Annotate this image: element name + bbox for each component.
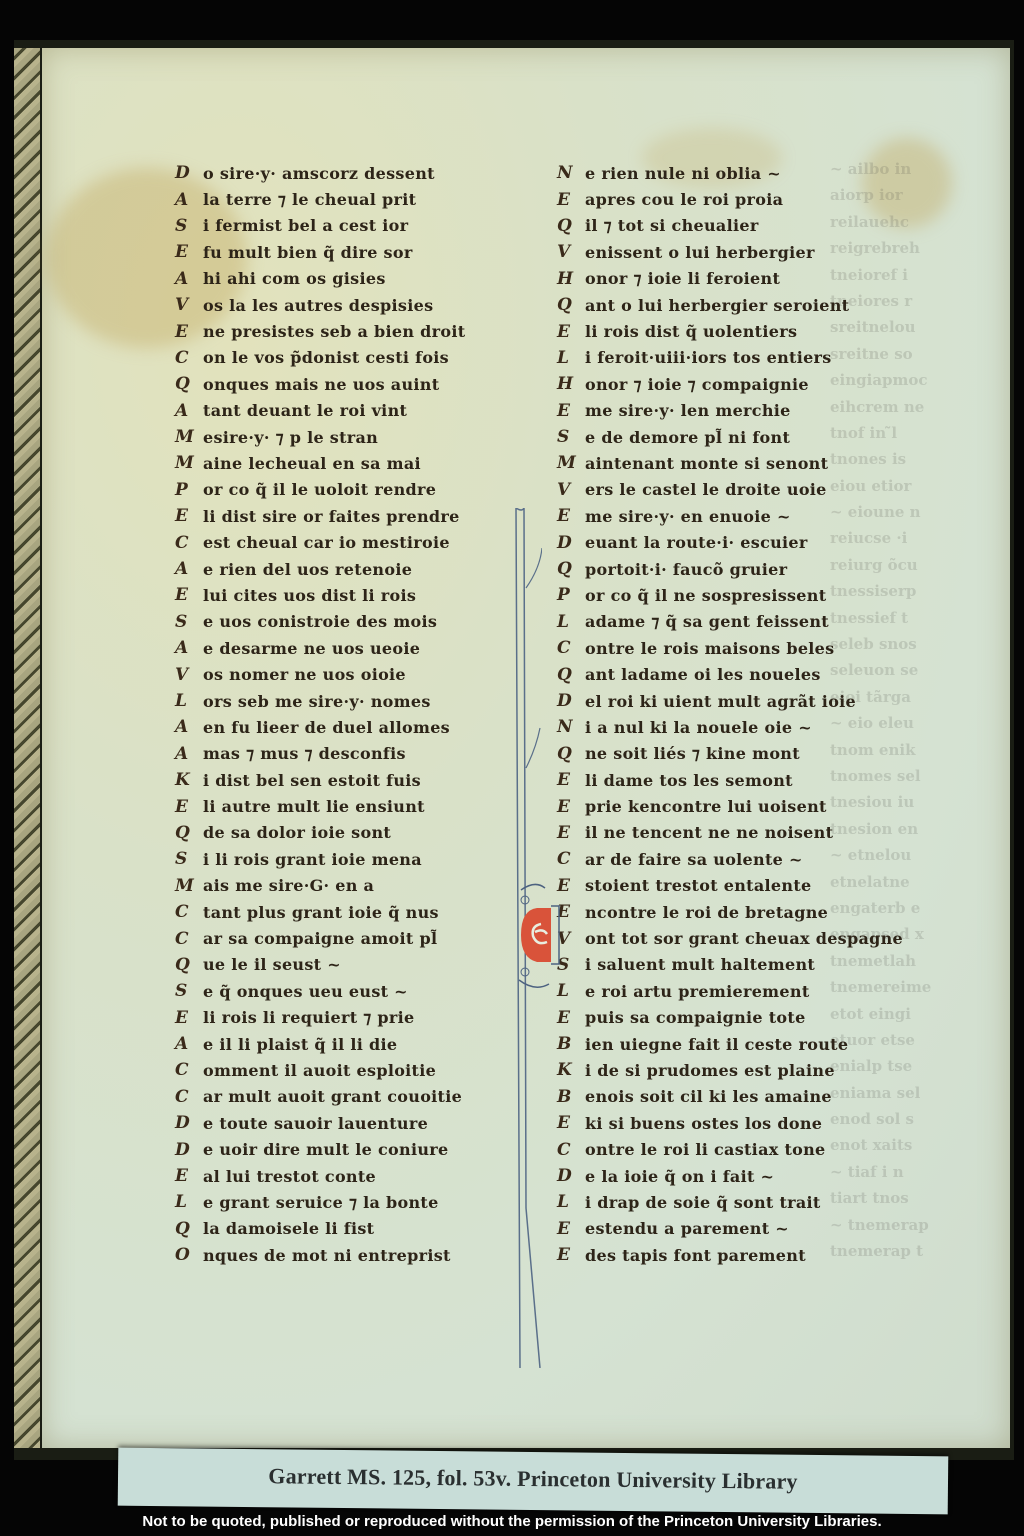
manuscript-line: Ki dist bel sen estoit fuis (175, 767, 465, 793)
line-initial: D (175, 1140, 203, 1160)
line-initial: E (557, 322, 585, 342)
manuscript-line: Vos nomer ne uos oioie (175, 661, 465, 687)
manuscript-line: Eme sire·y· en enuoie ~ (557, 503, 903, 529)
manuscript-line: Benois soit cil ki les amaine (557, 1084, 903, 1110)
manuscript-line: Se uos conistroie des mois (175, 609, 465, 635)
line-text: e roi artu premierement (585, 982, 810, 1001)
line-initial: A (175, 1034, 203, 1054)
line-text: mas ⁊ mus ⁊ desconfis (203, 744, 406, 763)
line-initial: C (557, 638, 585, 658)
line-initial: C (175, 1087, 203, 1107)
line-text: os nomer ne uos oioie (203, 665, 406, 684)
line-text: ar mult auoit grant couoitie (203, 1087, 462, 1106)
line-text: onor ⁊ ioie ⁊ compaignie (585, 375, 809, 394)
line-text: enois soit cil ki les amaine (585, 1087, 832, 1106)
line-text: ais me sire·G· en a (203, 876, 374, 895)
line-text: o sire·y· amscorz dessent (203, 164, 435, 183)
line-text: ors seb me sire·y· nomes (203, 692, 431, 711)
manuscript-line: Por co q̃ il le uoloit rendre (175, 477, 465, 503)
line-text: me sire·y· len merchie (585, 401, 791, 420)
line-text: ne soit liés ⁊ kine mont (585, 744, 800, 763)
line-text: me sire·y· en enuoie ~ (585, 507, 791, 526)
line-text: i dist bel sen estoit fuis (203, 771, 421, 790)
manuscript-line: Qla damoisele li fist (175, 1216, 465, 1242)
manuscript-line: Venissent o lui herbergier (557, 239, 903, 265)
line-initial: K (557, 1060, 585, 1080)
line-text: ncontre le roi de bretagne (585, 903, 828, 922)
line-initial: N (557, 717, 585, 737)
line-initial: H (557, 269, 585, 289)
manuscript-line: Le roi artu premierement (557, 978, 903, 1004)
line-text: la damoisele li fist (203, 1219, 374, 1238)
manuscript-line: Qant o lui herbergier seroient (557, 292, 903, 318)
manuscript-line: Car sa compaigne amoit pl̃ (175, 925, 465, 951)
line-text: e grant seruice ⁊ la bonte (203, 1193, 439, 1212)
catalog-label: Garrett MS. 125, fol. 53v. Princeton Uni… (118, 1448, 949, 1515)
manuscript-line: Eli rois dist q̃ uolentiers (557, 318, 903, 344)
line-initial: Q (557, 559, 585, 579)
line-text: omment il auoit esploitie (203, 1061, 436, 1080)
catalog-caption: Garrett MS. 125, fol. 53v. Princeton Uni… (118, 1462, 948, 1497)
line-initial: E (557, 770, 585, 790)
line-initial: E (557, 823, 585, 843)
line-text: e il li plaist q̃ il li die (203, 1035, 397, 1054)
line-initial: E (557, 1113, 585, 1133)
line-initial: V (557, 480, 585, 500)
line-initial: E (557, 1245, 585, 1265)
manuscript-line: Eprie kencontre lui uoisent (557, 793, 903, 819)
manuscript-line: Bien uiegne fait il ceste route (557, 1031, 903, 1057)
line-text: e la ioie q̃ on i fait ~ (585, 1167, 774, 1186)
line-text: ontre le rois maisons beles (585, 639, 834, 658)
line-initial: V (175, 295, 203, 315)
manuscript-line: Contre le rois maisons beles (557, 635, 903, 661)
manuscript-line: Edes tapis font parement (557, 1242, 903, 1268)
line-text: esire·y· ⁊ p le stran (203, 428, 378, 447)
line-initial: O (175, 1245, 203, 1265)
line-text: ar de faire sa uolente ~ (585, 850, 803, 869)
manuscript-line: Elui cites uos dist li rois (175, 582, 465, 608)
line-initial: L (175, 691, 203, 711)
line-text: il ⁊ tot si cheualier (585, 216, 759, 235)
line-initial: C (175, 902, 203, 922)
line-initial: K (175, 770, 203, 790)
line-initial: S (175, 849, 203, 869)
manuscript-line: Eki si buens ostes los done (557, 1110, 903, 1136)
line-text: aine lecheual en sa mai (203, 454, 421, 473)
line-initial: E (175, 797, 203, 817)
line-text: adame ⁊ q̃ sa gent feissent (585, 612, 829, 631)
line-initial: D (557, 533, 585, 553)
line-initial: H (557, 374, 585, 394)
line-text: tant deuant le roi vint (203, 401, 407, 420)
right-text-column: Ne rien nule ni oblia ~Eapres cou le roi… (557, 160, 903, 1268)
line-text: e rien del uos retenoie (203, 560, 412, 579)
manuscript-line: Qportoit·i· faucõ gruier (557, 556, 903, 582)
line-initial: S (175, 612, 203, 632)
manuscript-line: Eil ne tencent ne ne noisent (557, 820, 903, 846)
manuscript-line: Atant deuant le roi vint (175, 398, 465, 424)
line-initial: S (175, 216, 203, 236)
manuscript-line: Eli rois li requiert ⁊ prie (175, 1005, 465, 1031)
line-initial: E (175, 322, 203, 342)
manuscript-line: Ni a nul ki la nouele oie ~ (557, 714, 903, 740)
line-text: nques de mot ni entreprist (203, 1246, 451, 1265)
line-initial: N (557, 163, 585, 183)
manuscript-line: Cest cheual car io mestiroie (175, 529, 465, 555)
line-initial: M (175, 876, 203, 896)
manuscript-line: Le grant seruice ⁊ la bonte (175, 1189, 465, 1215)
manuscript-line: Comment il auoit esploitie (175, 1057, 465, 1083)
line-text: ers le castel le droite uoie (585, 480, 827, 499)
line-text: al lui trestot conte (203, 1167, 376, 1186)
line-initial: E (557, 1219, 585, 1239)
manuscript-line: Ne rien nule ni oblia ~ (557, 160, 903, 186)
line-text: aintenant monte si senont (585, 454, 828, 473)
line-initial: L (557, 1192, 585, 1212)
line-initial: B (557, 1034, 585, 1054)
line-text: i drap de soie q̃ sont trait (585, 1193, 821, 1212)
line-initial: E (175, 1166, 203, 1186)
line-text: i fermist bel a cest ior (203, 216, 408, 235)
line-text: e toute sauoir lauenture (203, 1114, 428, 1133)
manuscript-line: Se de demore pl̃ ni font (557, 424, 903, 450)
line-text: e uos conistroie des mois (203, 612, 437, 631)
line-initial: E (557, 1008, 585, 1028)
line-initial: C (175, 929, 203, 949)
manuscript-line: Si fermist bel a cest ior (175, 213, 465, 239)
line-initial: P (175, 480, 203, 500)
line-text: hi ahi com os gisies (203, 269, 386, 288)
line-initial: C (557, 849, 585, 869)
line-text: euant la route·i· escuier (585, 533, 808, 552)
manuscript-line: Li drap de soie q̃ sont trait (557, 1189, 903, 1215)
line-initial: E (557, 506, 585, 526)
line-initial: M (175, 453, 203, 473)
line-initial: C (175, 348, 203, 368)
manuscript-line: Maintenant monte si senont (557, 450, 903, 476)
manuscript-line: Vers le castel le droite uoie (557, 477, 903, 503)
manuscript-line: Qant ladame oi les noueles (557, 661, 903, 687)
manuscript-line: Ala terre ⁊ le cheual prit (175, 186, 465, 212)
manuscript-line: Qde sa dolor ioie sont (175, 820, 465, 846)
line-text: stoient trestot entalente (585, 876, 811, 895)
manuscript-line: Si saluent mult haltement (557, 952, 903, 978)
line-text: or co q̃ il ne sospresissent (585, 586, 826, 605)
line-text: el roi ki uient mult agrãt ioie (585, 692, 856, 711)
line-text: i feroit·uiii·iors tos entiers (585, 348, 832, 367)
line-text: ar sa compaigne amoit pl̃ (203, 929, 437, 948)
line-text: la terre ⁊ le cheual prit (203, 190, 416, 209)
line-text: ont tot sor grant cheuax despagne (585, 929, 903, 948)
line-text: on le vos p̃donist cesti fois (203, 348, 449, 367)
manuscript-line: Qne soit liés ⁊ kine mont (557, 741, 903, 767)
line-text: i de si prudomes est plaine (585, 1061, 835, 1080)
manuscript-line: Que le il seust ~ (175, 952, 465, 978)
line-text: est cheual car io mestiroie (203, 533, 450, 552)
line-text: or co q̃ il le uoloit rendre (203, 480, 436, 499)
line-initial: Q (557, 665, 585, 685)
decorated-initial-e (515, 880, 563, 992)
line-text: portoit·i· faucõ gruier (585, 560, 787, 579)
line-text: enissent o lui herbergier (585, 243, 815, 262)
line-text: ontre le roi li castiax tone (585, 1140, 826, 1159)
line-initial: S (175, 981, 203, 1001)
line-text: e desarme ne uos ueoie (203, 639, 420, 658)
line-initial: D (175, 163, 203, 183)
line-text: li autre mult lie ensiunt (203, 797, 425, 816)
line-initial: E (175, 242, 203, 262)
line-text: li rois li requiert ⁊ prie (203, 1008, 415, 1027)
line-initial: E (175, 1008, 203, 1028)
manuscript-line: Ladame ⁊ q̃ sa gent feissent (557, 609, 903, 635)
line-text: ne presistes seb a bien droit (203, 322, 465, 341)
line-text: ant ladame oi les noueles (585, 665, 821, 684)
manuscript-line: Si li rois grant ioie mena (175, 846, 465, 872)
line-initial: Q (175, 955, 203, 975)
line-text: i saluent mult haltement (585, 955, 815, 974)
manuscript-line: Aen fu lieer de duel allomes (175, 714, 465, 740)
manuscript-line: Eme sire·y· len merchie (557, 398, 903, 424)
line-initial: E (175, 506, 203, 526)
line-initial: E (557, 401, 585, 421)
line-initial: E (557, 797, 585, 817)
line-text: en fu lieer de duel allomes (203, 718, 450, 737)
line-initial: Q (175, 1219, 203, 1239)
line-text: fu mult bien q̃ dire sor (203, 243, 413, 262)
manuscript-line: Mais me sire·G· en a (175, 873, 465, 899)
manuscript-line: Amas ⁊ mus ⁊ desconfis (175, 741, 465, 767)
line-text: i a nul ki la nouele oie ~ (585, 718, 812, 737)
line-text: de sa dolor ioie sont (203, 823, 391, 842)
manuscript-line: De la ioie q̃ on i fait ~ (557, 1163, 903, 1189)
manuscript-line: Lors seb me sire·y· nomes (175, 688, 465, 714)
line-initial: C (557, 1140, 585, 1160)
manuscript-line: Maine lecheual en sa mai (175, 450, 465, 476)
manuscript-line: Do sire·y· amscorz dessent (175, 160, 465, 186)
line-initial: A (175, 744, 203, 764)
line-text: ue le il seust ~ (203, 955, 341, 974)
copyright-notice: Not to be quoted, published or reproduce… (0, 1513, 1024, 1530)
line-text: apres cou le roi proia (585, 190, 783, 209)
manuscript-line: Eli dist sire or faites prendre (175, 503, 465, 529)
manuscript-line: Mesire·y· ⁊ p le stran (175, 424, 465, 450)
manuscript-line: Honor ⁊ ioie ⁊ compaignie (557, 371, 903, 397)
line-initial: Q (557, 295, 585, 315)
line-initial: Q (175, 823, 203, 843)
manuscript-line: Car mult auoit grant couoitie (175, 1084, 465, 1110)
line-text: li dist sire or faites prendre (203, 507, 460, 526)
manuscript-line: Ahi ahi com os gisies (175, 266, 465, 292)
line-initial: M (557, 453, 585, 473)
line-initial: E (557, 190, 585, 210)
manuscript-line: Ae rien del uos retenoie (175, 556, 465, 582)
manuscript-line: Epuis sa compaignie tote (557, 1005, 903, 1031)
line-text: ki si buens ostes los done (585, 1114, 822, 1133)
line-text: tant plus grant ioie q̃ nus (203, 903, 439, 922)
line-text: prie kencontre lui uoisent (585, 797, 827, 816)
line-text: e uoir dire mult le coniure (203, 1140, 448, 1159)
line-initial: E (175, 585, 203, 605)
line-initial: L (175, 1192, 203, 1212)
line-initial: C (175, 533, 203, 553)
manuscript-line: Del roi ki uient mult agrãt ioie (557, 688, 903, 714)
line-initial: D (175, 1113, 203, 1133)
line-initial: A (175, 638, 203, 658)
line-initial: P (557, 585, 585, 605)
manuscript-line: Eapres cou le roi proia (557, 186, 903, 212)
manuscript-line: Encontre le roi de bretagne (557, 899, 903, 925)
manuscript-line: Qonques mais ne uos auint (175, 371, 465, 397)
line-initial: Q (557, 216, 585, 236)
left-text-column: Do sire·y· amscorz dessentAla terre ⁊ le… (175, 160, 465, 1268)
line-text: onor ⁊ ioie li feroient (585, 269, 780, 288)
line-text: i li rois grant ioie mena (203, 850, 422, 869)
manuscript-line: Deuant la route·i· escuier (557, 529, 903, 555)
line-initial: V (557, 242, 585, 262)
line-initial: V (175, 665, 203, 685)
manuscript-line: Onques de mot ni entreprist (175, 1242, 465, 1268)
manuscript-line: Contre le roi li castiax tone (557, 1136, 903, 1162)
manuscript-line: Qil ⁊ tot si cheualier (557, 213, 903, 239)
line-initial: M (175, 427, 203, 447)
manuscript-line: Eal lui trestot conte (175, 1163, 465, 1189)
manuscript-line: Vont tot sor grant cheuax despagne (557, 925, 903, 951)
line-text: estendu a parement ~ (585, 1219, 789, 1238)
line-initial: A (175, 559, 203, 579)
line-initial: A (175, 269, 203, 289)
line-initial: A (175, 717, 203, 737)
manuscript-line: Eli autre mult lie ensiunt (175, 793, 465, 819)
line-initial: D (557, 691, 585, 711)
line-initial: A (175, 190, 203, 210)
manuscript-line: Ae desarme ne uos ueoie (175, 635, 465, 661)
manuscript-line: Ae il li plaist q̃ il li die (175, 1031, 465, 1057)
manuscript-line: Car de faire sa uolente ~ (557, 846, 903, 872)
book-spine (14, 48, 40, 1448)
manuscript-line: Vos la les autres despisies (175, 292, 465, 318)
line-text: puis sa compaignie tote (585, 1008, 806, 1027)
line-text: li dame tos les semont (585, 771, 793, 790)
manuscript-line: Li feroit·uiii·iors tos entiers (557, 345, 903, 371)
line-initial: Q (557, 744, 585, 764)
line-initial: L (557, 348, 585, 368)
manuscript-line: Se q̃ onques ueu eust ~ (175, 978, 465, 1004)
manuscript-line: Ki de si prudomes est plaine (557, 1057, 903, 1083)
manuscript-line: Estoient trestot entalente (557, 873, 903, 899)
line-text: des tapis font parement (585, 1246, 806, 1265)
line-text: ant o lui herbergier seroient (585, 296, 849, 315)
manuscript-line: Eli dame tos les semont (557, 767, 903, 793)
manuscript-line: Ene presistes seb a bien droit (175, 318, 465, 344)
line-text: e rien nule ni oblia ~ (585, 164, 781, 183)
manuscript-line: Honor ⁊ ioie li feroient (557, 266, 903, 292)
line-initial: C (175, 1060, 203, 1080)
line-text: onques mais ne uos auint (203, 375, 439, 394)
line-text: os la les autres despisies (203, 296, 433, 315)
line-initial: L (557, 612, 585, 632)
line-initial: B (557, 1087, 585, 1107)
line-text: e de demore pl̃ ni font (585, 428, 790, 447)
manuscript-line: De uoir dire mult le coniure (175, 1136, 465, 1162)
manuscript-line: Eestendu a parement ~ (557, 1216, 903, 1242)
line-initial: D (557, 1166, 585, 1186)
line-text: li rois dist q̃ uolentiers (585, 322, 797, 341)
manuscript-line: Por co q̃ il ne sospresissent (557, 582, 903, 608)
manuscript-line: De toute sauoir lauenture (175, 1110, 465, 1136)
line-initial: Q (175, 374, 203, 394)
manuscript-line: Con le vos p̃donist cesti fois (175, 345, 465, 371)
line-text: ien uiegne fait il ceste route (585, 1035, 848, 1054)
line-initial: S (557, 427, 585, 447)
manuscript-line: Ctant plus grant ioie q̃ nus (175, 899, 465, 925)
line-text: il ne tencent ne ne noisent (585, 823, 833, 842)
line-text: lui cites uos dist li rois (203, 586, 416, 605)
line-text: e q̃ onques ueu eust ~ (203, 982, 408, 1001)
manuscript-line: Efu mult bien q̃ dire sor (175, 239, 465, 265)
line-initial: A (175, 401, 203, 421)
